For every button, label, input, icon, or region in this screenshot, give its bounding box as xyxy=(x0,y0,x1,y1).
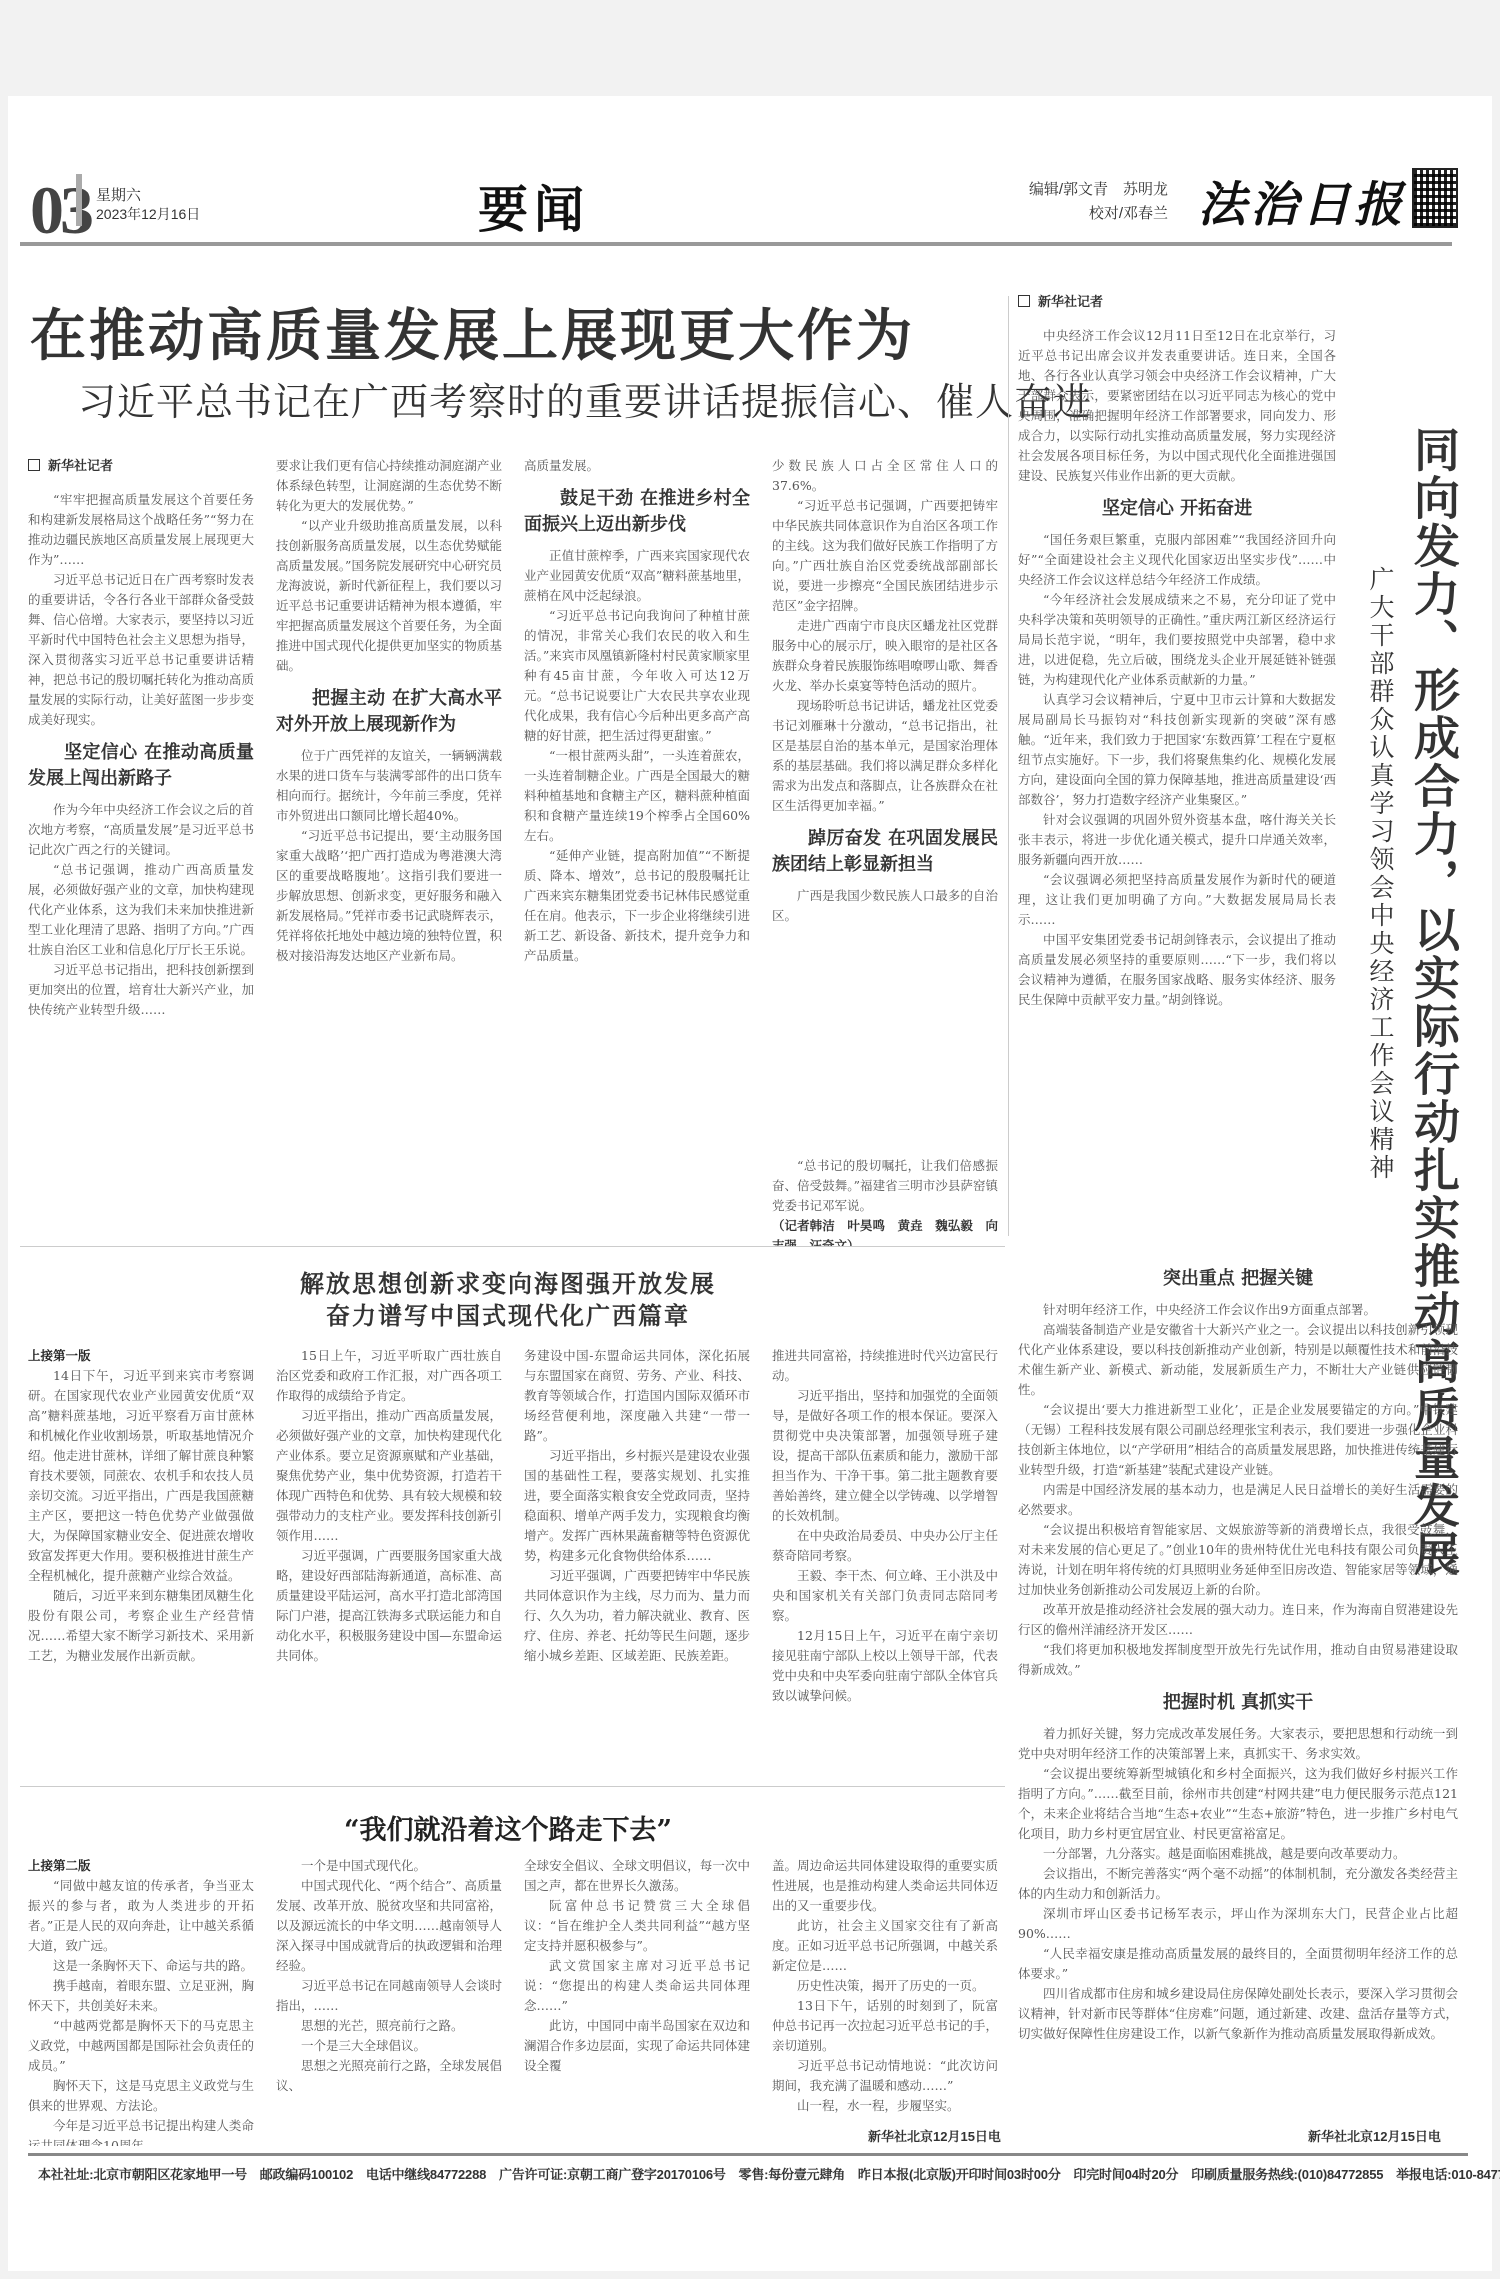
right-story-byline: 新华社记者 xyxy=(1018,292,1336,312)
paragraph: “会议强调必须把坚持高质量发展作为新时代的硬道理，这让我们更加明确了方向。”大数… xyxy=(1018,870,1336,930)
paragraph: 13日下午，话别的时刻到了，阮富仲总书记再一次拉起习近平总书记的手，亲切道别。 xyxy=(772,1996,998,2056)
paragraph: “习近平总书记向我询问了种植甘蔗的情况，非常关心我们农民的收入和生活。”来宾市凤… xyxy=(524,606,750,746)
paragraph: 深圳市坪山区委书记杨军表示，坪山作为深圳东大门，民营企业占比超90%…… xyxy=(1018,1904,1458,1944)
paragraph: 15日上午，习近平听取广西壮族自治区党委和政府工作汇报，对广西各项工作取得的成绩… xyxy=(276,1346,502,1406)
paragraph: 盖。周边命运共同体建设取得的重要实质性进展，也是推动构建人类命运共同体迈出的又一… xyxy=(772,1856,998,1916)
paragraph: 高端装备制造产业是安徽省十大新兴产业之一。会议提出以科技创新引领现代化产业体系建… xyxy=(1018,1320,1458,1400)
paragraph: 推进共同富裕，持续推进时代兴边富民行动。 xyxy=(772,1346,998,1386)
lead-subsection-heading-2: 把握主动 在扩大高水平对外开放上展现新作为 xyxy=(276,686,502,738)
paragraph: 习近平总书记动情地说：“此次访问期间，我充满了温暖和感动……” xyxy=(772,2056,998,2096)
paragraph: “以产业升级助推高质量发展，以科技创新服务高质量发展，以生态优势赋能高质量发展。… xyxy=(276,516,502,676)
paragraph: 胸怀天下，这是马克思主义政党与生俱来的世界观、方法论。 xyxy=(28,2076,254,2116)
paragraph: 今年是习近平总书记提出构建人类命运共同体理念10周年。 xyxy=(28,2116,254,2146)
lead-subsection-heading-3: 鼓足干劲 在推进乡村全面振兴上迈出新步伐 xyxy=(524,486,750,538)
right-story-dateline: 新华社北京12月15日电 xyxy=(1308,2126,1441,2145)
qr-code-icon[interactable] xyxy=(1412,168,1458,228)
paragraph: 中国式现代化、“两个结合”、高质量发展、改革开放、脱贫攻坚和共同富裕，以及源远流… xyxy=(276,1876,502,1976)
paragraph: 走进广西南宁市良庆区蟠龙社区党群服务中心的展示厅，映入眼帘的是社区各族群众身着民… xyxy=(772,616,998,696)
paragraph: 在中央政治局委员、中央办公厅主任蔡奇陪同考察。 xyxy=(772,1526,998,1566)
second-story-column-4: 推进共同富裕，持续推进时代兴边富民行动。 习近平指出，坚持和加强党的全面领导，是… xyxy=(772,1346,998,1746)
second-story-title-line-1: 解放思想创新求变向海图强开放发展 xyxy=(258,1268,758,1300)
lead-column-4: 少数民族人口占全区常住人口的37.6%。 “习近平总书记强调，广西要把铸牢中华民… xyxy=(772,456,998,1236)
footer-rule xyxy=(28,2153,1468,2156)
second-story-title-line-2: 奋力谱写中国式现代化广西篇章 xyxy=(258,1300,758,1332)
editor-credits: 编辑/郭文青 苏明龙 校对/邓春兰 xyxy=(948,178,1168,226)
third-story-column-1: 上接第二版 “同做中越友谊的传承者，争当亚太振兴的参与者，敢为人类进步的开拓者。… xyxy=(28,1856,254,2146)
paragraph: 习近平总书记在同越南领导人会谈时指出，…… xyxy=(276,1976,502,2016)
right-subsection-heading-2: 突出重点 把握关键 xyxy=(1018,1266,1458,1292)
paragraph: 武文赏国家主席对习近平总书记说：“您提出的构建人类命运共同体理念……” xyxy=(524,1956,750,2016)
paragraph: 针对明年经济工作，中央经济工作会议作出9方面重点部署。 xyxy=(1018,1300,1458,1320)
paragraph: “会议提出要统筹新型城镇化和乡村全面振兴，这为我们做好乡村振兴工作指明了方向。”… xyxy=(1018,1764,1458,1844)
right-story-subheadline: 广大干部群众认真学习领会中央经济工作会议精神 xyxy=(1358,566,1394,1182)
newspaper-logo: 法治日报 xyxy=(1198,166,1406,235)
paragraph: 王毅、李干杰、何立峰、王小洪及中央和国家机关有关部门负责同志陪同考察。 xyxy=(772,1566,998,1626)
paragraph: “人民幸福安康是推动高质量发展的最终目的，全面贯彻明年经济工作的总体要求。” xyxy=(1018,1944,1458,1984)
paragraph: 现场聆听总书记讲话，蟠龙社区党委书记刘雁琳十分激动，“总书记指出，社区是基层自治… xyxy=(772,696,998,816)
paragraph: 着力抓好关键，努力完成改革发展任务。大家表示，要把思想和行动统一到党中央对明年经… xyxy=(1018,1724,1458,1764)
paragraph: “习近平总书记强调，广西要把铸牢中华民族共同体意识作为自治区各项工作的主线。这为… xyxy=(772,496,998,616)
byline: 新华社记者 xyxy=(28,456,254,476)
paragraph: 携手越南，着眼东盟、立足亚洲，胸怀天下，共创美好未来。 xyxy=(28,1976,254,2016)
third-story-dateline: 新华社北京12月15日电 xyxy=(868,2126,1001,2145)
paragraph: “会议提出‘要大力推进新型工业化’，正是企业发展要锚定的方向。”中铁建（无锡）工… xyxy=(1018,1400,1458,1480)
paragraph: 思想之光照亮前行之路，全球发展倡议、 xyxy=(276,2056,502,2096)
paragraph: 习近平强调，广西要服务国家重大战略，建设好西部陆海新通道，高标准、高质量建设平陆… xyxy=(276,1546,502,1666)
paragraph: 一个是中国式现代化。 xyxy=(276,1856,502,1876)
paragraph: 习近平总书记指出，把科技创新摆到更加突出的位置，培育壮大新兴产业，加快传统产业转… xyxy=(28,960,254,1020)
paragraph: 务建设中国-东盟命运共同体，深化拓展与东盟国家在商贸、劳务、产业、科技、教育等领… xyxy=(524,1346,750,1446)
paragraph: 位于广西凭祥的友谊关，一辆辆满载水果的进口货车与装满零部件的出口货车相向而行。据… xyxy=(276,746,502,826)
paragraph: 少数民族人口占全区常住人口的37.6%。 xyxy=(772,456,998,496)
paragraph: 习近平总书记近日在广西考察时发表的重要讲话，令各行各业干部群众备受鼓舞、信心倍增… xyxy=(28,570,254,730)
reporter-credits: （记者韩洁 叶昊鸣 黄垚 魏弘毅 向志强 汪奇文） xyxy=(772,1216,998,1246)
second-story-column-3: 务建设中国-东盟命运共同体，深化拓展与东盟国家在商贸、劳务、产业、科技、教育等领… xyxy=(524,1346,750,1746)
continued-from-label: 上接第一版 xyxy=(28,1346,254,1366)
issue-date: 2023年12月16日 xyxy=(96,204,200,224)
paragraph: 改革开放是推动经济社会发展的强大动力。连日来，作为海南自贸港建设先行区的儋州洋浦… xyxy=(1018,1600,1458,1640)
paragraph: 全球安全倡议、全球文明倡议，每一次中国之声，都在世界长久激荡。 xyxy=(524,1856,750,1896)
paragraph: “同做中越友谊的传承者，争当亚太振兴的参与者，敢为人类进步的开拓者。”正是人民的… xyxy=(28,1876,254,1956)
paragraph: 此访，中国同中南半岛国家在双边和澜湄合作多边层面，实现了命运共同体建设全覆 xyxy=(524,2016,750,2076)
paragraph: 一个是三大全球倡议。 xyxy=(276,2036,502,2056)
paragraph: 习近平强调，广西要把铸牢中华民族共同体意识作为主线，尽力而为、量力而行、久久为功… xyxy=(524,1566,750,1666)
newspaper-page: 03 星期六 2023年12月16日 要闻 编辑/郭文青 苏明龙 校对/邓春兰 … xyxy=(8,96,1492,2271)
paragraph: 习近平指出，坚持和加强党的全面领导，是做好各项工作的根本保证。要深入贯彻党中央决… xyxy=(772,1386,998,1526)
proofreader: 校对/邓春兰 xyxy=(948,202,1168,226)
lead-subsection-heading-1: 坚定信心 在推动高质量发展上闯出新路子 xyxy=(28,740,254,792)
paragraph: “一根甘蔗两头甜”，一头连着蔗农，一头连着制糖企业。广西是全国最大的糖料种植基地… xyxy=(524,746,750,846)
paragraph: 会议指出，不断完善落实“两个毫不动摇”的体制机制，充分激发各类经营主体的内生动力… xyxy=(1018,1864,1458,1904)
paragraph: “牢牢把握高质量发展这个首要任务和构建新发展格局这个战略任务”“努力在推动边疆民… xyxy=(28,490,254,570)
paragraph: 14日下午，习近平到来宾市考察调研。在国家现代农业产业园黄安优质“双高”糖料蔗基… xyxy=(28,1366,254,1586)
paragraph: 四川省成都市住房和城乡建设局住房保障处副处长表示，要深入学习贯彻会议精神，针对新… xyxy=(1018,1984,1458,2044)
paragraph: 认真学习会议精神后，宁夏中卫市云计算和大数据发展局副局长马振钧对“科技创新实现新… xyxy=(1018,690,1336,810)
section-title: 要闻 xyxy=(478,170,590,242)
lead-column-3: 高质量发展。 鼓足干劲 在推进乡村全面振兴上迈出新步伐 正值甘蔗榨季，广西来宾国… xyxy=(524,456,750,1236)
lead-subsection-heading-4: 踔厉奋发 在巩固发展民族团结上彰显新担当 xyxy=(772,826,998,878)
right-story-body-lower: 突出重点 把握关键 针对明年经济工作，中央经济工作会议作出9方面重点部署。 高端… xyxy=(1018,1256,1458,2136)
footer-imprint: 本社社址:北京市朝阳区花家地甲一号 邮政编码100102 电话中继线847722… xyxy=(38,2164,1458,2183)
paragraph: 阮富仲总书记赞赏三大全球倡议：“旨在维护全人类共同利益”“越方坚定支持并愿积极参… xyxy=(524,1896,750,1956)
second-story-column-2: 15日上午，习近平听取广西壮族自治区党委和政府工作汇报，对广西各项工作取得的成绩… xyxy=(276,1346,502,1746)
paragraph: “国任务艰巨繁重，克服内部困难”“我国经济回升向好”“全面建设社会主义现代化国家… xyxy=(1018,530,1336,590)
right-subsection-heading-1: 坚定信心 开拓奋进 xyxy=(1018,496,1336,522)
continued-from-label: 上接第二版 xyxy=(28,1856,254,1876)
editors: 编辑/郭文青 苏明龙 xyxy=(948,178,1168,202)
paragraph: 广西是我国少数民族人口最多的自治区。 xyxy=(772,886,998,926)
paragraph: 习近平指出，推动广西高质量发展，必须做好强产业的文章，加快构建现代化产业体系。要… xyxy=(276,1406,502,1546)
second-story-title: 解放思想创新求变向海图强开放发展 奋力谱写中国式现代化广西篇章 xyxy=(258,1268,758,1332)
paragraph: 正值甘蔗榨季，广西来宾国家现代农业产业园黄安优质“双高”糖料蔗基地里，蔗梢在风中… xyxy=(524,546,750,606)
third-story-column-4: 盖。周边命运共同体建设取得的重要实质性进展，也是推动构建人类命运共同体迈出的又一… xyxy=(772,1856,998,2128)
lead-column-5: “总书记的殷切嘱托，让我们倍感振奋、倍受鼓舞。”福建省三明市沙县萨窑镇党委书记邓… xyxy=(772,1156,998,1246)
paragraph: “今年经济社会发展成绩来之不易，充分印证了党中央科学决策和英明领导的正确性。”重… xyxy=(1018,590,1336,690)
paragraph: 高质量发展。 xyxy=(524,456,750,476)
paragraph: 中国平安集团党委书记胡剑锋表示，会议提出了推动高质量发展必须坚持的重要原则……“… xyxy=(1018,930,1336,1010)
paragraph: 这是一条胸怀天下、命运与共的路。 xyxy=(28,1956,254,1976)
section-divider xyxy=(20,1246,1005,1247)
lead-column-1: 新华社记者 “牢牢把握高质量发展这个首要任务和构建新发展格局这个战略任务”“努力… xyxy=(28,456,254,1236)
lead-headline: 在推动高质量发展上展现更大作为 xyxy=(30,292,915,372)
paragraph: “会议提出积极培育智能家居、文娱旅游等新的消费增长点，我很受鼓舞，对未来发展的信… xyxy=(1018,1520,1458,1600)
paragraph: “总书记的殷切嘱托，让我们倍感振奋、倍受鼓舞。”福建省三明市沙县萨窑镇党委书记邓… xyxy=(772,1156,998,1216)
right-subsection-heading-3: 把握时机 真抓实干 xyxy=(1018,1690,1458,1716)
paragraph: 要求让我们更有信心持续推动洞庭湖产业体系绿色转型，让洞庭湖的生态优势不断转化为更… xyxy=(276,456,502,516)
paragraph: 习近平指出，乡村振兴是建设农业强国的基础性工程，要落实规划、扎实推进，要全面落实… xyxy=(524,1446,750,1566)
lead-column-2: 要求让我们更有信心持续推动洞庭湖产业体系绿色转型，让洞庭湖的生态优势不断转化为更… xyxy=(276,456,502,1236)
paragraph: 山一程，水一程，步履坚实。 xyxy=(772,2096,998,2116)
paragraph: 历史性决策，揭开了历史的一页。 xyxy=(772,1976,998,1996)
paragraph: 思想的光芒，照亮前行之路。 xyxy=(276,2016,502,2036)
paragraph: 12月15日上午，习近平在南宁亲切接见驻南宁部队上校以上领导干部，代表党中央和中… xyxy=(772,1626,998,1706)
paragraph: 作为今年中央经济工作会议之后的首次地方考察，“高质量发展”是习近平总书记此次广西… xyxy=(28,800,254,860)
paragraph: 一分部署，九分落实。越是面临困难挑战，越是要向改革要动力。 xyxy=(1018,1844,1458,1864)
paragraph: 针对会议强调的巩固外贸外资基本盘，喀什海关关长张丰表示，将进一步优化通关模式，提… xyxy=(1018,810,1336,870)
paragraph: “中越两党都是胸怀天下的马克思主义政党，中越两国都是国际社会负责任的成员。” xyxy=(28,2016,254,2076)
paragraph: “习近平总书记提出，要‘主动服务国家重大战略’‘把广西打造成为粤港澳大湾区的重要… xyxy=(276,826,502,966)
third-story-column-2: 一个是中国式现代化。 中国式现代化、“两个结合”、高质量发展、改革开放、脱贫攻坚… xyxy=(276,1856,502,2146)
lead-subheadline: 习近平总书记在广西考察时的重要讲话提振信心、催人奋进 xyxy=(78,371,1092,426)
paragraph: 此访，社会主义国家交往有了新高度。正如习近平总书记所强调，中越关系新定位是…… xyxy=(772,1916,998,1976)
column-divider xyxy=(1008,296,1009,1236)
paragraph: 随后，习近平来到东糖集团凤糖生化股份有限公司，考察企业生产经营情况……希望大家不… xyxy=(28,1586,254,1666)
paragraph: “总书记强调，推动广西高质量发展，必须做好强产业的文章，加快构建现代化产业体系，… xyxy=(28,860,254,960)
masthead-rule xyxy=(20,242,1452,246)
paragraph: 内需是中国经济发展的基本动力，也是满足人民日益增长的美好生活需要的必然要求。 xyxy=(1018,1480,1458,1520)
weekday: 星期六 xyxy=(96,184,141,205)
paragraph: 中央经济工作会议12月11日至12日在北京举行，习近平总书记出席会议并发表重要讲… xyxy=(1018,326,1336,486)
paragraph: “我们将更加积极地发挥制度型开放先行先试作用，推动自由贸易港建设取得新成效。” xyxy=(1018,1640,1458,1680)
paragraph: “延伸产业链，提高附加值”“不断提质、降本、增效”，总书记的殷殷嘱托让广西来宾东… xyxy=(524,846,750,966)
third-story-title: “我们就沿着这个路走下去” xyxy=(258,1808,758,1847)
page-number-divider xyxy=(76,174,82,226)
third-story-column-3: 全球安全倡议、全球文明倡议，每一次中国之声，都在世界长久激荡。 阮富仲总书记赞赏… xyxy=(524,1856,750,2146)
section-divider xyxy=(20,1786,1005,1787)
second-story-column-1: 上接第一版 14日下午，习近平到来宾市考察调研。在国家现代农业产业园黄安优质“双… xyxy=(28,1346,254,1746)
